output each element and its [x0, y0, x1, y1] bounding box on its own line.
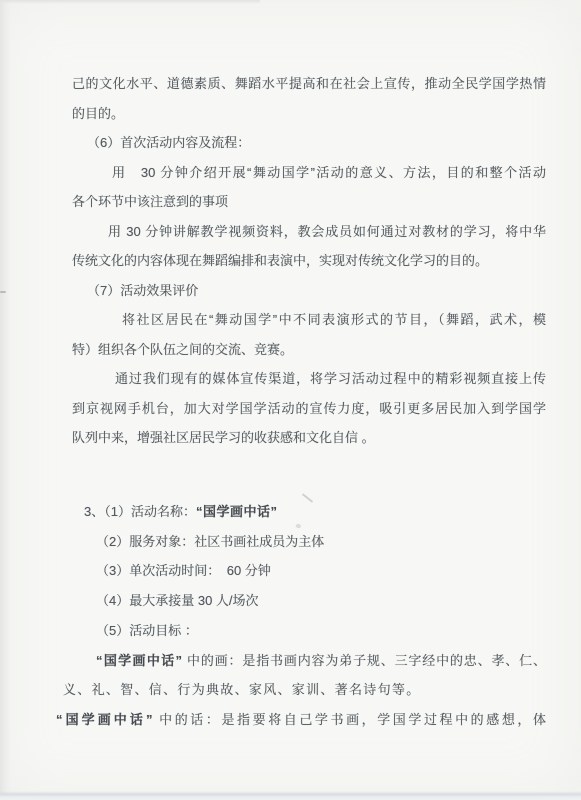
scan-edge-bottom	[0, 791, 581, 800]
text-line: “国学画中话” 中的画：是指书画内容为弟子规、三字经中的忠、孝、仁、	[56, 646, 546, 676]
scan-edge-top	[0, 0, 260, 4]
scan-edge-tick	[0, 291, 6, 293]
scanned-page: 己的文化水平、道德素质、舞蹈水平提高和在社会上宣传，推动全民学国学热情 的目的。…	[0, 0, 581, 800]
text-line: （6）首次活动内容及流程：	[56, 128, 546, 158]
paragraph-block-guoxue-painting: 3、（1）活动名称：“国学画中话” （2）服务对象：社区书画社成员为主体 （3）…	[56, 497, 546, 735]
text-line: 特）组织各个队伍之间的交流、竞赛。	[56, 335, 546, 365]
text-line: （4）最大承接量 30 人/场次	[56, 586, 546, 616]
text-line: 3、（1）活动名称：“国学画中话”	[56, 497, 546, 527]
text-line: 通过我们现有的媒体宣传渠道，将学习活动过程中的精彩视频直接上传	[56, 364, 546, 394]
text-line: （2）服务对象：社区书画社成员为主体	[56, 527, 546, 557]
text-line: 到京视网手机台，加大对学国学活动的宣传力度，吸引更多居民加入到学国学	[56, 394, 546, 424]
scan-edge-left	[0, 0, 11, 800]
text-line: 用 30 分钟介绍开展“舞动国学”活动的意义、方法，目的和整个活动	[56, 158, 546, 188]
text-line: （3）单次活动时间： 60 分钟	[56, 556, 546, 586]
paragraph-block-dance-guoxue: 己的文化水平、道德素质、舞蹈水平提高和在社会上宣传，推动全民学国学热情 的目的。…	[56, 69, 546, 453]
text-line: 用 30 分钟讲解教学视频资料，教会成员如何通过对教材的学习，将中华	[56, 217, 546, 247]
text-line: “国学画中话” 中的话：是指要将自己学书画，学国学过程中的感想，体	[56, 705, 546, 735]
text-line: 己的文化水平、道德素质、舞蹈水平提高和在社会上宣传，推动全民学国学热情	[56, 69, 546, 99]
text-line: 义、礼、智、信、行为典故、家风、家训、著名诗句等。	[56, 675, 546, 705]
text-line: 队列中来，增强社区居民学习的收获感和文化自信 。	[56, 423, 546, 453]
text-line: 传统文化的内容体现在舞蹈编排和表演中，实现对传统文化学习的目的。	[56, 246, 546, 276]
text-line: 将社区居民在“舞动国学”中不同表演形式的节目，（舞蹈，武术，模	[56, 305, 546, 335]
text-line: （5）活动目标 ：	[56, 616, 546, 646]
text-line: 各个环节中该注意到的事项	[56, 187, 546, 217]
text-line: （7）活动效果评价	[56, 276, 546, 306]
text-line: 的目的。	[56, 99, 546, 129]
